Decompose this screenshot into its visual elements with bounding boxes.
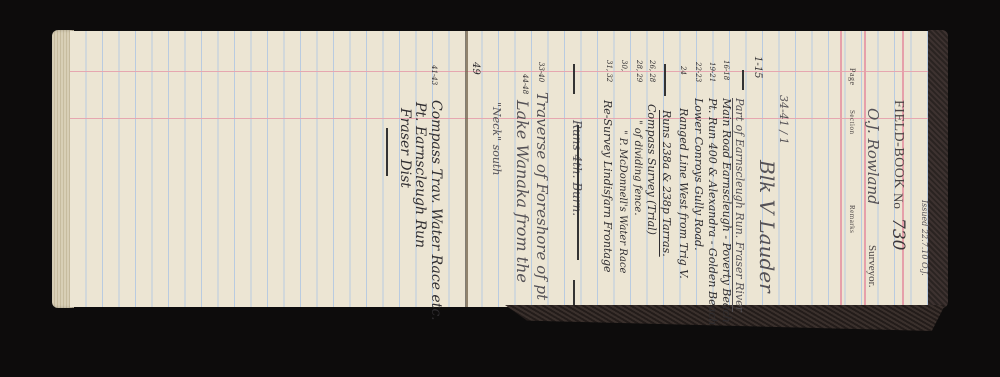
entry-pages: 31, 32: [605, 60, 613, 82]
entry-text: Part of Earnscleugh Run. Fraser River: [733, 98, 746, 312]
entry-pages: 22-23: [694, 62, 702, 82]
field-book-number: 730: [888, 218, 908, 250]
column-label-section: Section: [848, 110, 856, 135]
field-book-number-label: No: [890, 193, 906, 209]
entry-pages: 24: [679, 66, 687, 75]
field-book-title: FIELD-BOOK: [890, 100, 906, 189]
entry-text: Fraser Dist: [397, 108, 413, 188]
issued-note: Issued 22.7.10 O.J.: [920, 200, 929, 276]
entry-text: Main Road Earnscleugh - Poverty Beach: [720, 98, 733, 323]
entry-pages: 26, 28: [648, 60, 656, 82]
entry-text: Traverse of Foreshore of pt: [533, 92, 551, 300]
entry-pages: 33-40: [537, 62, 545, 82]
entry-text: Blk V Lauder: [755, 160, 779, 293]
entry-pages: 44-48: [521, 74, 529, 94]
entry-pages: 30,: [620, 60, 628, 71]
entry-text: Pt. Run 400 & Alexandra - Golden Beach: [706, 98, 719, 325]
entry-pages: 49: [470, 62, 481, 75]
underline: [742, 70, 744, 90]
book-gutter: [465, 31, 468, 307]
entry-subpages: 34-41 / 1: [777, 95, 790, 144]
pink-rule-top: [70, 71, 930, 72]
pink-margin-left: [840, 31, 842, 307]
column-label-page: Page: [848, 68, 857, 86]
underline: [573, 280, 575, 305]
book-cover-edge: [928, 30, 948, 308]
entry-text: "Neck" south: [490, 102, 503, 175]
entry-pages: 41-43: [430, 65, 438, 85]
entry-pages: 28, 29: [635, 60, 643, 82]
entry-text: Compass Survey (Trial): [645, 104, 658, 235]
entry-text: Lake Wanaka from the: [513, 100, 532, 283]
entry-pages: 19-21: [708, 62, 716, 82]
entry-text: Compass Trav. Water Race etc.: [428, 100, 444, 321]
column-label-remarks: Remarks: [848, 205, 856, 233]
surveyor-name: O.J. Rowland: [864, 108, 882, 205]
surveyor-label: Surveyor.: [866, 245, 878, 287]
entry-pages: 16-18: [722, 60, 730, 80]
entry-pages: 1-15: [752, 56, 763, 78]
entry-text: Runs 238a & 238p Tarras.: [660, 110, 673, 257]
underline: [577, 125, 579, 260]
entry-text: " of dividing fence.: [632, 120, 643, 216]
entry-text: " P. McDonnell's Water Race: [617, 130, 628, 273]
entry-text: Ranged Line West from Trig V.: [677, 108, 690, 279]
underline: [573, 64, 575, 94]
entry-text: Re-Survey Lindisfarn Frontage: [601, 100, 614, 273]
underline: [386, 128, 388, 176]
entry-text: Lower Conroys Gully Road.: [692, 98, 705, 251]
entry-text: Pt. Earnscleugh Run: [412, 102, 428, 248]
underline: [664, 64, 666, 96]
